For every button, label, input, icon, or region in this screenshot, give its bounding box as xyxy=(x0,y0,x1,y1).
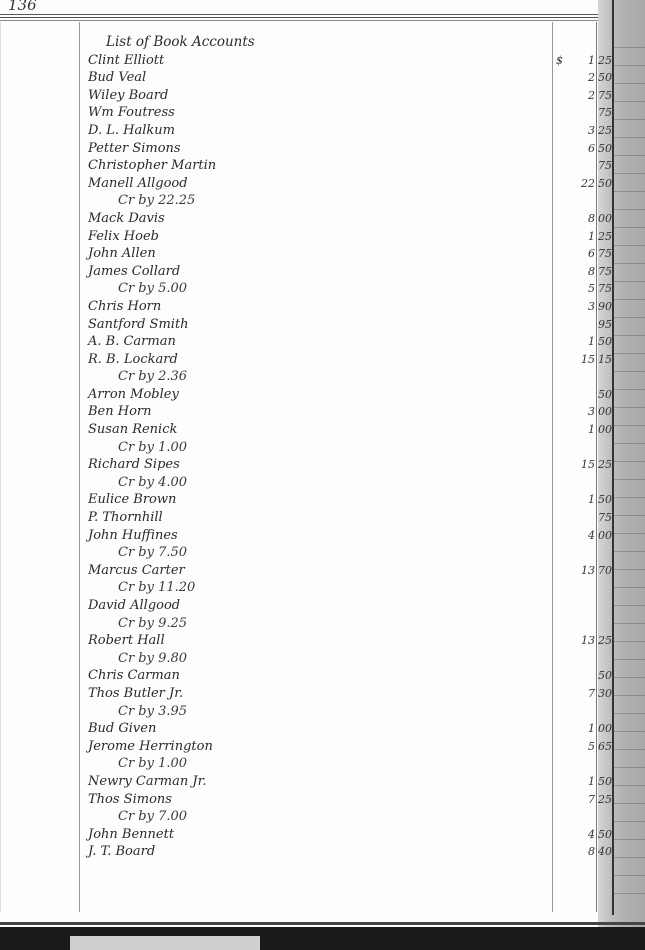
account-name: James Collard xyxy=(88,263,548,281)
amount-row: 100 xyxy=(556,720,616,738)
amount-cents: 75 xyxy=(598,280,612,298)
amount-row xyxy=(556,808,616,826)
amount-dollars: 8 xyxy=(555,843,595,861)
account-name: John Bennett xyxy=(88,826,548,844)
amount-dollars: 22 xyxy=(555,175,595,193)
amount-row xyxy=(556,650,616,668)
amount-row: 250 xyxy=(556,69,616,87)
amount-cents: 50 xyxy=(598,69,612,87)
amount-dollars: 1 xyxy=(555,720,595,738)
amount-dollars: 1 xyxy=(555,773,595,791)
amount-cents: 00 xyxy=(598,421,612,439)
header-rule xyxy=(0,14,600,15)
amount-cents: 00 xyxy=(598,403,612,421)
amount-dollars: 3 xyxy=(555,403,595,421)
amount-row xyxy=(556,597,616,615)
credit-line: Cr by 9.25 xyxy=(88,615,548,633)
footer-rule xyxy=(0,922,645,925)
amount-cents: 75 xyxy=(598,104,612,122)
account-name: Wm Foutress xyxy=(88,104,548,122)
amount-column-rule xyxy=(552,22,553,912)
amount-row xyxy=(556,439,616,457)
amount-row xyxy=(556,703,616,721)
amount-dollars: 2 xyxy=(555,69,595,87)
amount-row: 390 xyxy=(556,298,616,316)
amount-dollars: 1 xyxy=(555,333,595,351)
amount-cents: 75 xyxy=(598,509,612,527)
amount-cents: 50 xyxy=(598,175,612,193)
amount-cents: 25 xyxy=(598,456,612,474)
account-name: Thos Butler Jr. xyxy=(88,685,548,703)
account-name: Wiley Board xyxy=(88,87,548,105)
amount-row: 1325 xyxy=(556,632,616,650)
amount-dollars: 1 xyxy=(555,52,595,70)
amount-dollars: 15 xyxy=(555,456,595,474)
amount-dollars: 15 xyxy=(555,351,595,369)
account-name: Jerome Herrington xyxy=(88,738,548,756)
account-name: D. L. Halkum xyxy=(88,122,548,140)
amount-row xyxy=(556,34,616,52)
amount-cents: 25 xyxy=(598,122,612,140)
amount-row: 400 xyxy=(556,527,616,545)
amount-cents: 50 xyxy=(598,667,612,685)
amount-row: 50 xyxy=(556,386,616,404)
account-name: A. B. Carman xyxy=(88,333,548,351)
scan-label-strip xyxy=(70,936,260,950)
amount-row: 675 xyxy=(556,245,616,263)
amount-row xyxy=(556,579,616,597)
amount-row: 150 xyxy=(556,491,616,509)
account-name: Richard Sipes xyxy=(88,456,548,474)
amount-row: 875 xyxy=(556,263,616,281)
amount-row: 575 xyxy=(556,280,616,298)
amount-row: 840 xyxy=(556,843,616,861)
amount-cents: 75 xyxy=(598,245,612,263)
amount-cents: 15 xyxy=(598,351,612,369)
margin-line xyxy=(79,22,80,912)
page-number: 136 xyxy=(8,0,37,14)
amount-row: 150 xyxy=(556,333,616,351)
credit-line: Cr by 7.50 xyxy=(88,544,548,562)
amount-dollars: 8 xyxy=(555,210,595,228)
amount-cents: 25 xyxy=(598,791,612,809)
amount-cents: 40 xyxy=(598,843,612,861)
account-name: Eulice Brown xyxy=(88,491,548,509)
amount-row: 275 xyxy=(556,87,616,105)
amount-dollars: 13 xyxy=(555,632,595,650)
credit-line: Cr by 9.80 xyxy=(88,650,548,668)
amount-row: $125 xyxy=(556,52,616,70)
amount-row: 325 xyxy=(556,122,616,140)
amount-row: 75 xyxy=(556,157,616,175)
amount-dollars: 13 xyxy=(555,562,595,580)
account-name: J. T. Board xyxy=(88,843,548,861)
amount-row: 75 xyxy=(556,104,616,122)
amount-dollars: 6 xyxy=(555,245,595,263)
amount-cents: 75 xyxy=(598,87,612,105)
account-name: Bud Veal xyxy=(88,69,548,87)
amount-dollars: 1 xyxy=(555,491,595,509)
account-name: John Huffines xyxy=(88,527,548,545)
account-name: Susan Renick xyxy=(88,421,548,439)
amount-row: 125 xyxy=(556,228,616,246)
amount-cents: 70 xyxy=(598,562,612,580)
account-name: Bud Given xyxy=(88,720,548,738)
amount-row: 800 xyxy=(556,210,616,228)
amount-cents: 50 xyxy=(598,333,612,351)
account-name: Petter Simons xyxy=(88,140,548,158)
account-name: Arron Mobley xyxy=(88,386,548,404)
amount-row: 1525 xyxy=(556,456,616,474)
amount-dollars: 7 xyxy=(555,685,595,703)
amount-row: 1515 xyxy=(556,351,616,369)
credit-line: Cr by 3.95 xyxy=(88,703,548,721)
amount-dollars: 8 xyxy=(555,263,595,281)
credit-line: Cr by 11.20 xyxy=(88,579,548,597)
amount-row: 50 xyxy=(556,667,616,685)
amount-cents: 50 xyxy=(598,140,612,158)
amount-dollars: 3 xyxy=(555,122,595,140)
amount-dollars: 1 xyxy=(555,228,595,246)
amount-row: 650 xyxy=(556,140,616,158)
amount-row: 730 xyxy=(556,685,616,703)
account-name: Ben Horn xyxy=(88,403,548,421)
header-rule xyxy=(0,20,600,21)
amount-row: 150 xyxy=(556,773,616,791)
account-name: P. Thornhill xyxy=(88,509,548,527)
amount-cents: 00 xyxy=(598,210,612,228)
account-name: Robert Hall xyxy=(88,632,548,650)
account-name: Mack Davis xyxy=(88,210,548,228)
account-name: Thos Simons xyxy=(88,791,548,809)
account-name: Chris Carman xyxy=(88,667,548,685)
amount-cents: 25 xyxy=(598,52,612,70)
amount-cents: 30 xyxy=(598,685,612,703)
amount-row: 75 xyxy=(556,509,616,527)
amount-row: 725 xyxy=(556,791,616,809)
amount-dollars: 1 xyxy=(555,421,595,439)
amount-cents: 00 xyxy=(598,527,612,545)
account-name: R. B. Lockard xyxy=(88,351,548,369)
amount-dollars: 7 xyxy=(555,791,595,809)
credit-line: Cr by 4.00 xyxy=(88,474,548,492)
credit-line: Cr by 1.00 xyxy=(88,755,548,773)
account-name: David Allgood xyxy=(88,597,548,615)
amount-cents: 00 xyxy=(598,720,612,738)
amount-cents: 90 xyxy=(598,298,612,316)
amount-cents: 50 xyxy=(598,826,612,844)
amount-dollars: 5 xyxy=(555,738,595,756)
amount-row xyxy=(556,755,616,773)
amount-cents: 50 xyxy=(598,773,612,791)
amount-cents: 75 xyxy=(598,263,612,281)
amount-column: $125250275753256507522508001256758755753… xyxy=(556,34,616,861)
amount-row: 95 xyxy=(556,316,616,334)
amount-dollars: 2 xyxy=(555,87,595,105)
amount-cents: 65 xyxy=(598,738,612,756)
amount-dollars: 4 xyxy=(555,527,595,545)
amount-row: 1370 xyxy=(556,562,616,580)
amount-row xyxy=(556,615,616,633)
amount-row xyxy=(556,368,616,386)
amount-row: 2250 xyxy=(556,175,616,193)
credit-line: Cr by 2.36 xyxy=(88,368,548,386)
amount-row xyxy=(556,474,616,492)
amount-cents: 75 xyxy=(598,157,612,175)
amount-cents: 50 xyxy=(598,386,612,404)
credit-line: Cr by 7.00 xyxy=(88,808,548,826)
amount-dollars: 3 xyxy=(555,298,595,316)
amount-cents: 95 xyxy=(598,316,612,334)
account-name: Christopher Martin xyxy=(88,157,548,175)
amount-dollars: 6 xyxy=(555,140,595,158)
amount-row xyxy=(556,192,616,210)
amount-dollars: 4 xyxy=(555,826,595,844)
credit-line: Cr by 5.00 xyxy=(88,280,548,298)
amount-cents: 25 xyxy=(598,632,612,650)
amount-cents: 25 xyxy=(598,228,612,246)
account-name: Felix Hoeb xyxy=(88,228,548,246)
page-title: List of Book Accounts xyxy=(88,34,548,52)
amount-row xyxy=(556,544,616,562)
header-rule xyxy=(0,17,600,18)
account-name: Marcus Carter xyxy=(88,562,548,580)
facing-page-rules xyxy=(614,30,645,910)
account-name: Clint Elliott xyxy=(88,52,548,70)
amount-row: 565 xyxy=(556,738,616,756)
amount-row: 450 xyxy=(556,826,616,844)
amount-cents: 50 xyxy=(598,491,612,509)
amount-row: 300 xyxy=(556,403,616,421)
account-name: Santford Smith xyxy=(88,316,548,334)
account-name: Chris Horn xyxy=(88,298,548,316)
account-name: Newry Carman Jr. xyxy=(88,773,548,791)
account-name: Manell Allgood xyxy=(88,175,548,193)
page-edge-line xyxy=(0,22,1,912)
credit-line: Cr by 1.00 xyxy=(88,439,548,457)
account-name-list: List of Book AccountsClint ElliottBud Ve… xyxy=(88,34,548,861)
amount-dollars: 5 xyxy=(555,280,595,298)
account-name: John Allen xyxy=(88,245,548,263)
amount-row: 100 xyxy=(556,421,616,439)
credit-line: Cr by 22.25 xyxy=(88,192,548,210)
